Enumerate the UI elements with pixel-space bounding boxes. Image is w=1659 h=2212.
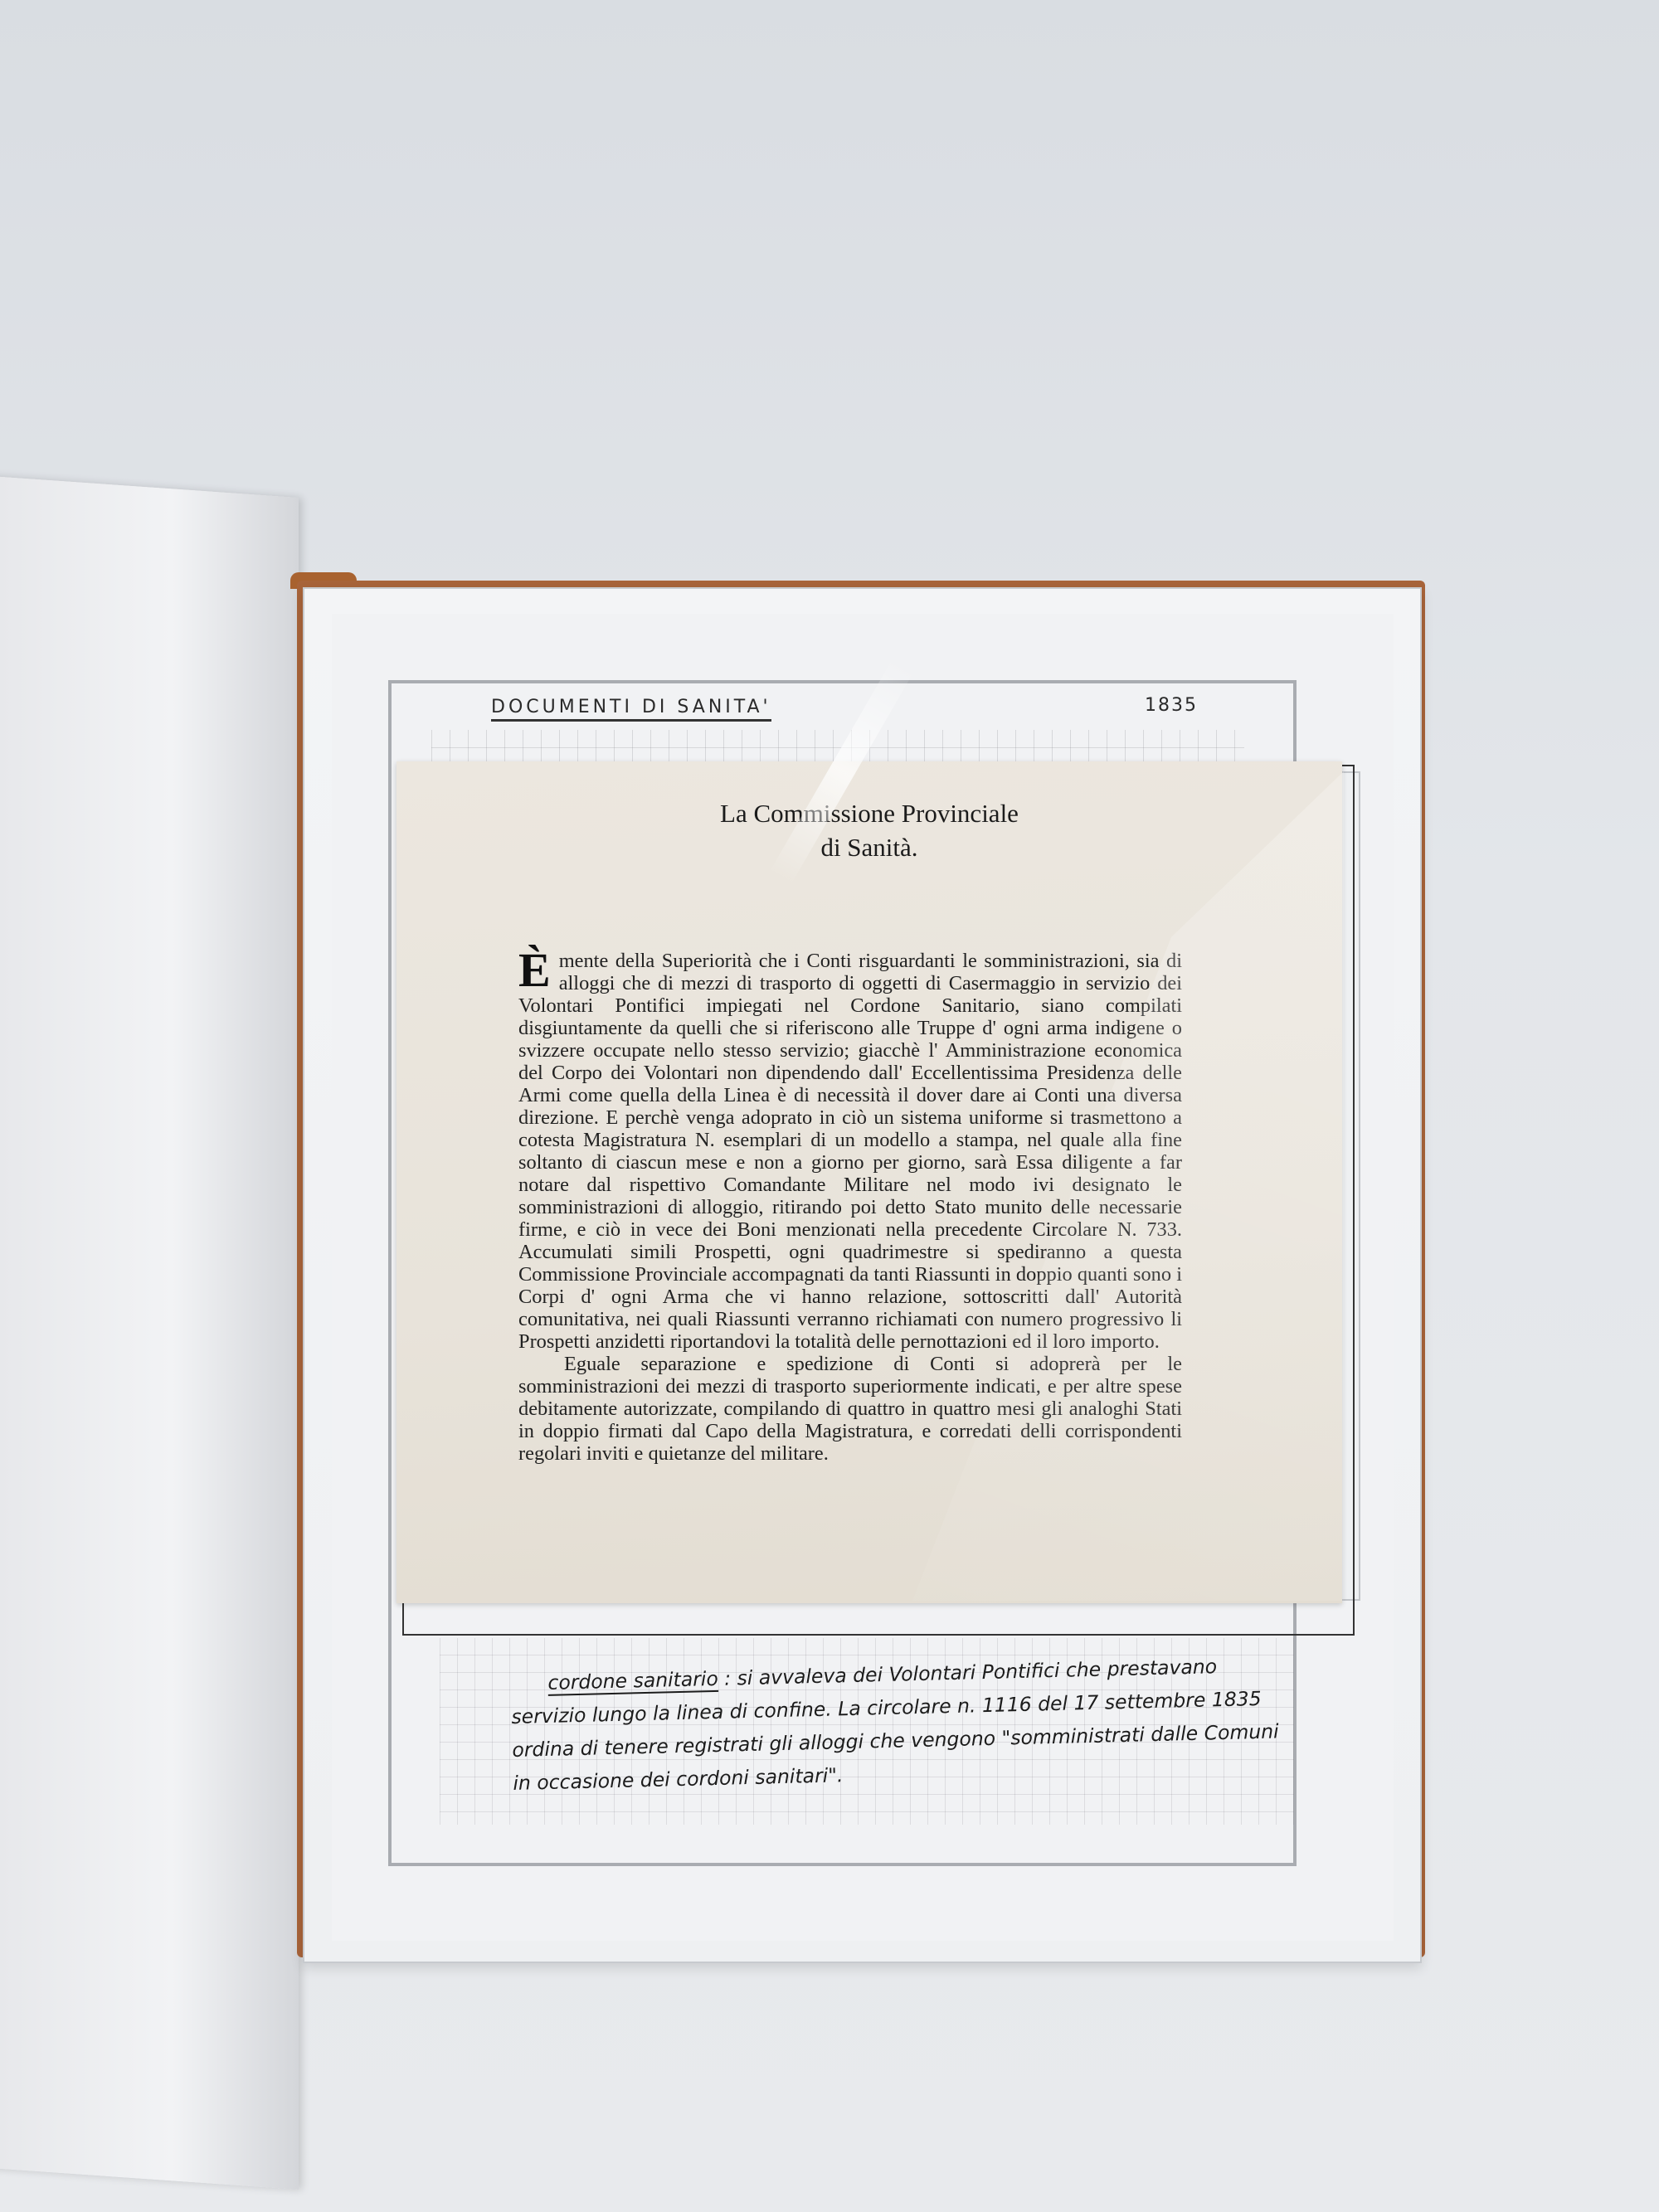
document-title: La Commissione Provinciale di Sanità. (397, 796, 1342, 864)
document-title-line2: di Sanità. (397, 830, 1342, 864)
album-header-title: DOCUMENTI DI SANITA' (491, 697, 771, 722)
drop-cap: È (518, 951, 551, 989)
document-title-line1: La Commissione Provinciale (397, 796, 1342, 830)
handwritten-notes: cordone sanitario : si avvaleva dei Volo… (510, 1648, 1285, 1800)
album-left-cover (0, 475, 299, 2190)
notes-term: cordone sanitario (510, 1667, 718, 1695)
album-header-year: 1835 (1145, 695, 1198, 716)
